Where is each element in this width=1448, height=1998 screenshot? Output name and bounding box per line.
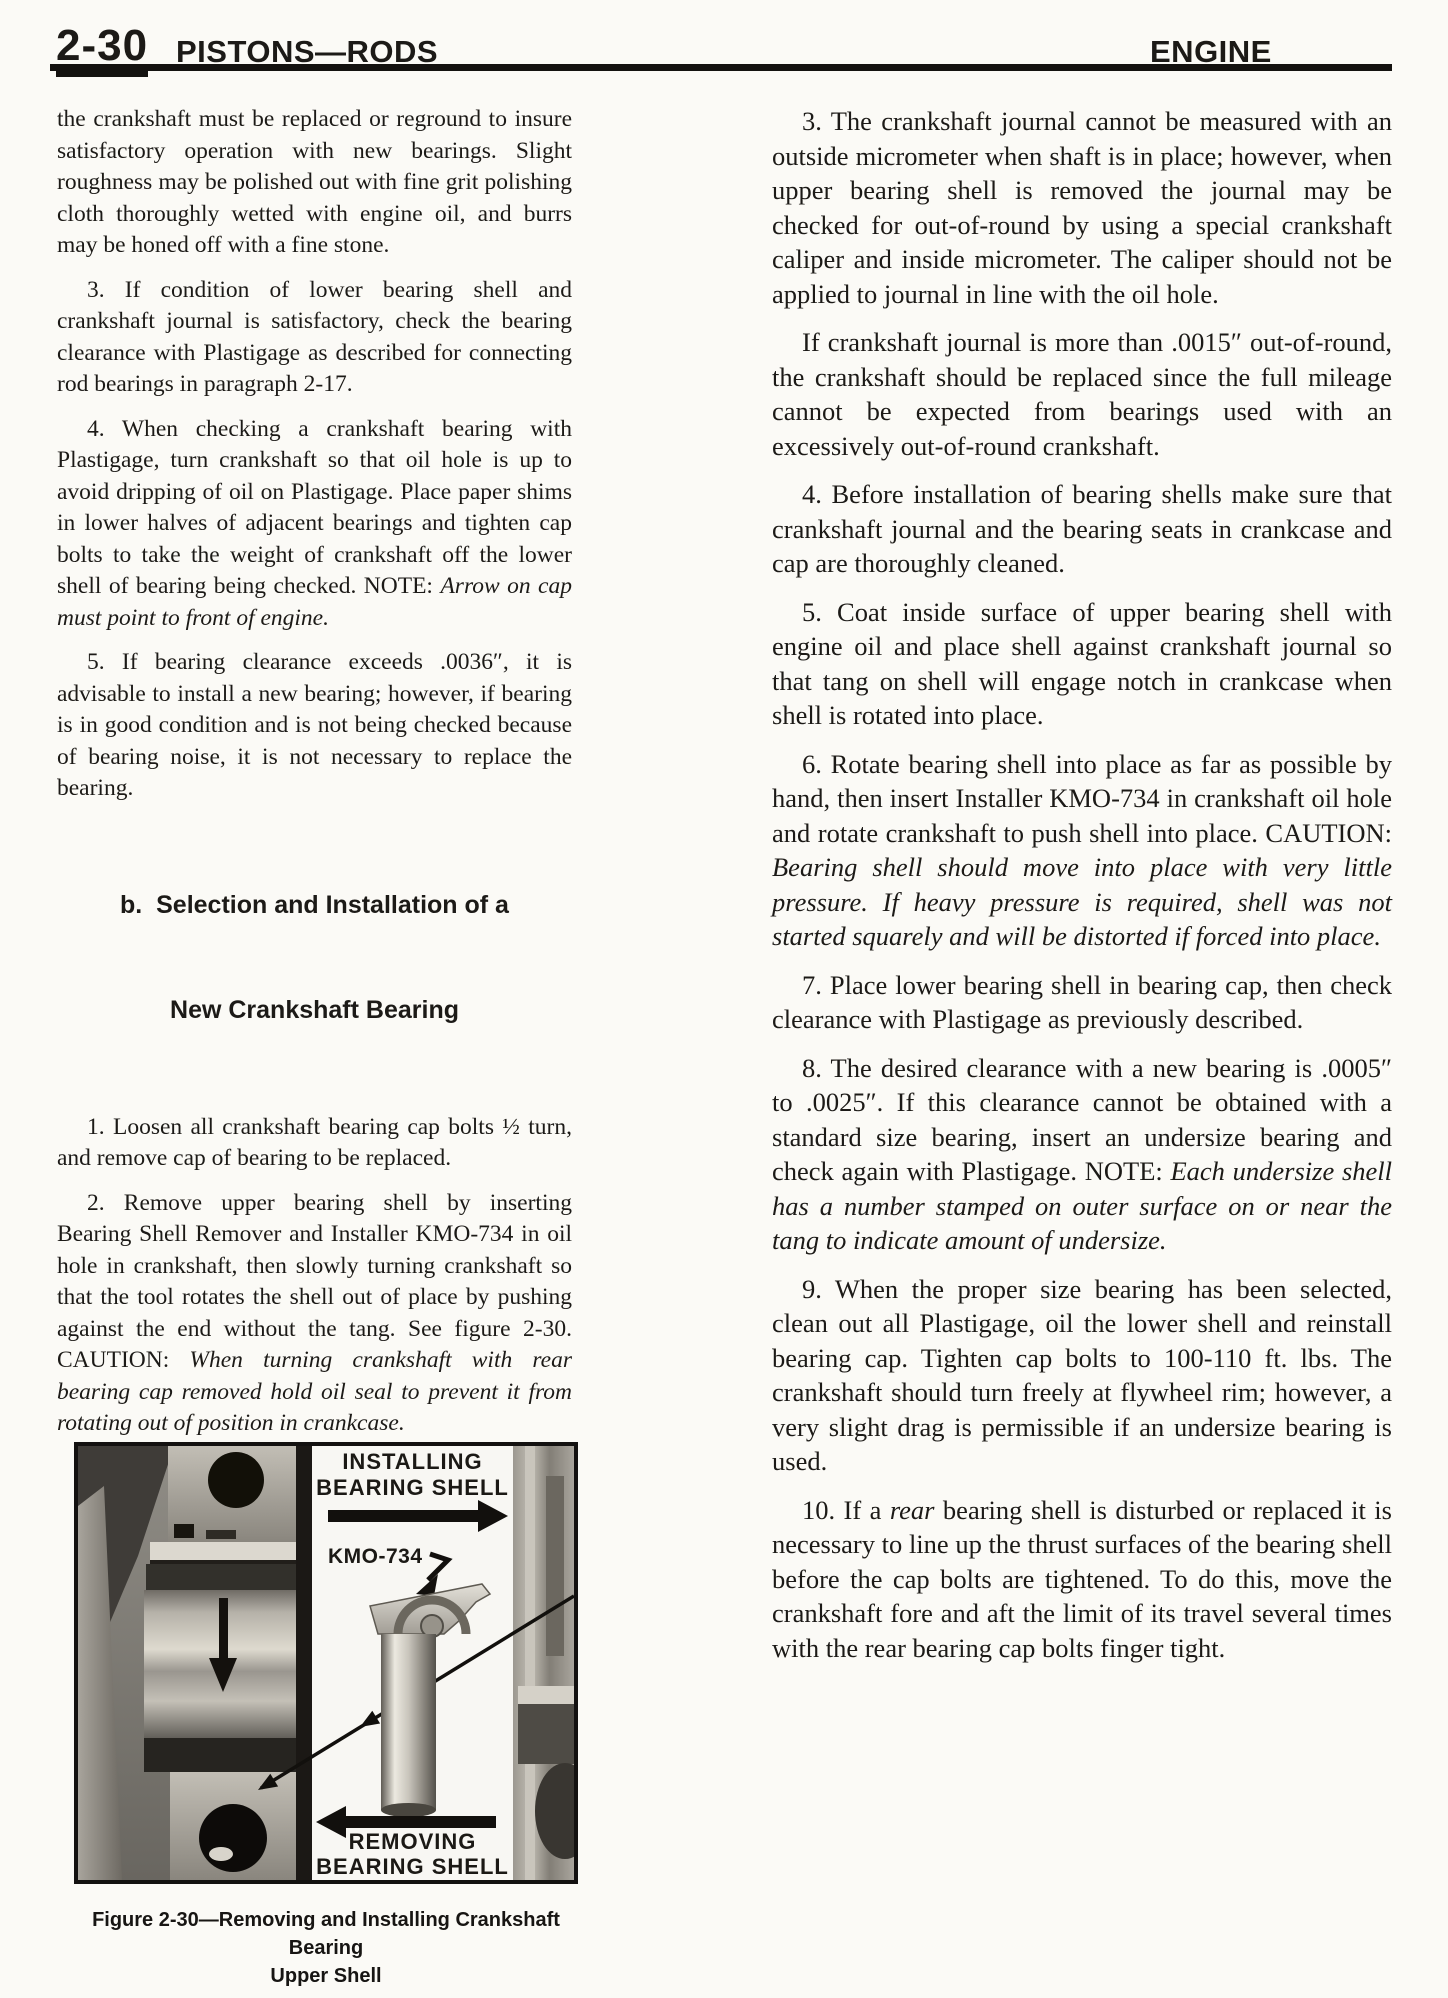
subsection-heading-line2: New Crankshaft Bearing xyxy=(57,993,572,1028)
figure-photo: INSTALLING BEARING SHELL KMO-734 REMOVIN… xyxy=(74,1442,578,1884)
paragraph-r4: 4. Before installation of bearing shells… xyxy=(772,477,1392,581)
paragraph-r9: 9. When the proper size bearing has been… xyxy=(772,1272,1392,1479)
paragraph-4: 4. When checking a crankshaft bearing wi… xyxy=(57,414,572,635)
paragraph-r8: 8. The desired clearance with a new bear… xyxy=(772,1051,1392,1258)
paragraph-4-text: 4. When checking a crankshaft bearing wi… xyxy=(57,416,572,600)
paragraph-r10-text: 10. If a xyxy=(802,1495,890,1525)
paragraph-r5: 5. Coat inside surface of upper bearing … xyxy=(772,595,1392,733)
removing-label-line1: REMOVING xyxy=(312,1830,513,1854)
paragraph-r10: 10. If a rear bearing shell is disturbed… xyxy=(772,1493,1392,1666)
paragraph-r6-text: 6. Rotate bearing shell into place as fa… xyxy=(772,749,1392,848)
chapter-title-right: ENGINE xyxy=(1150,36,1272,67)
paragraph-3: 3. If condition of lower bearing shell a… xyxy=(57,275,572,401)
paragraph-r6-caution-italic: Bearing shell should move into place wit… xyxy=(772,852,1392,951)
figure-caption-line2: Upper Shell xyxy=(56,1962,596,1990)
paragraph-b2-text: 2. Remove upper bearing shell by inserti… xyxy=(57,1190,572,1374)
figure-caption: Figure 2-30—Removing and Installing Cran… xyxy=(56,1906,596,1990)
kmo-734-label: KMO-734 xyxy=(328,1546,423,1568)
crankcase-photo-right xyxy=(513,1446,574,1880)
paragraph-r6: 6. Rotate bearing shell into place as fa… xyxy=(772,747,1392,954)
paragraph-r3: 3. The crankshaft journal cannot be meas… xyxy=(772,104,1392,311)
figure-2-30: INSTALLING BEARING SHELL KMO-734 REMOVIN… xyxy=(74,1442,634,1990)
figure-caption-line1: Figure 2-30—Removing and Installing Cran… xyxy=(56,1906,596,1962)
installing-label-line1: INSTALLING xyxy=(312,1450,513,1474)
header-rule xyxy=(50,64,1392,71)
paragraph-b1: 1. Loosen all crankshaft bearing cap bol… xyxy=(57,1112,572,1175)
page-header: 2-30 PISTONS—RODS ENGINE xyxy=(0,22,1448,94)
subsection-heading-line1: b. Selection and Installation of a xyxy=(57,888,572,923)
paragraph-5: 5. If bearing clearance exceeds .0036″, … xyxy=(57,647,572,805)
figure-photo-artwork xyxy=(78,1446,574,1880)
paragraph-r3b: If crankshaft journal is more than .0015… xyxy=(772,325,1392,463)
subsection-heading-b: b. Selection and Installation of a New C… xyxy=(57,818,572,1098)
installing-label-line2: BEARING SHELL xyxy=(312,1476,513,1500)
paragraph-b2: 2. Remove upper bearing shell by inserti… xyxy=(57,1188,572,1440)
paragraph-continuation: the crankshaft must be replaced or regro… xyxy=(57,104,572,262)
paragraph-r10-rear-italic: rear xyxy=(890,1495,935,1525)
engine-block-photo xyxy=(78,1446,312,1880)
removing-label-line2: BEARING SHELL xyxy=(312,1855,513,1879)
manual-page: 2-30 PISTONS—RODS ENGINE the crankshaft … xyxy=(0,0,1448,1998)
chapter-title-left: PISTONS—RODS xyxy=(176,36,438,67)
paragraph-r7: 7. Place lower bearing shell in bearing … xyxy=(772,968,1392,1037)
right-column: 3. The crankshaft journal cannot be meas… xyxy=(772,104,1392,1679)
